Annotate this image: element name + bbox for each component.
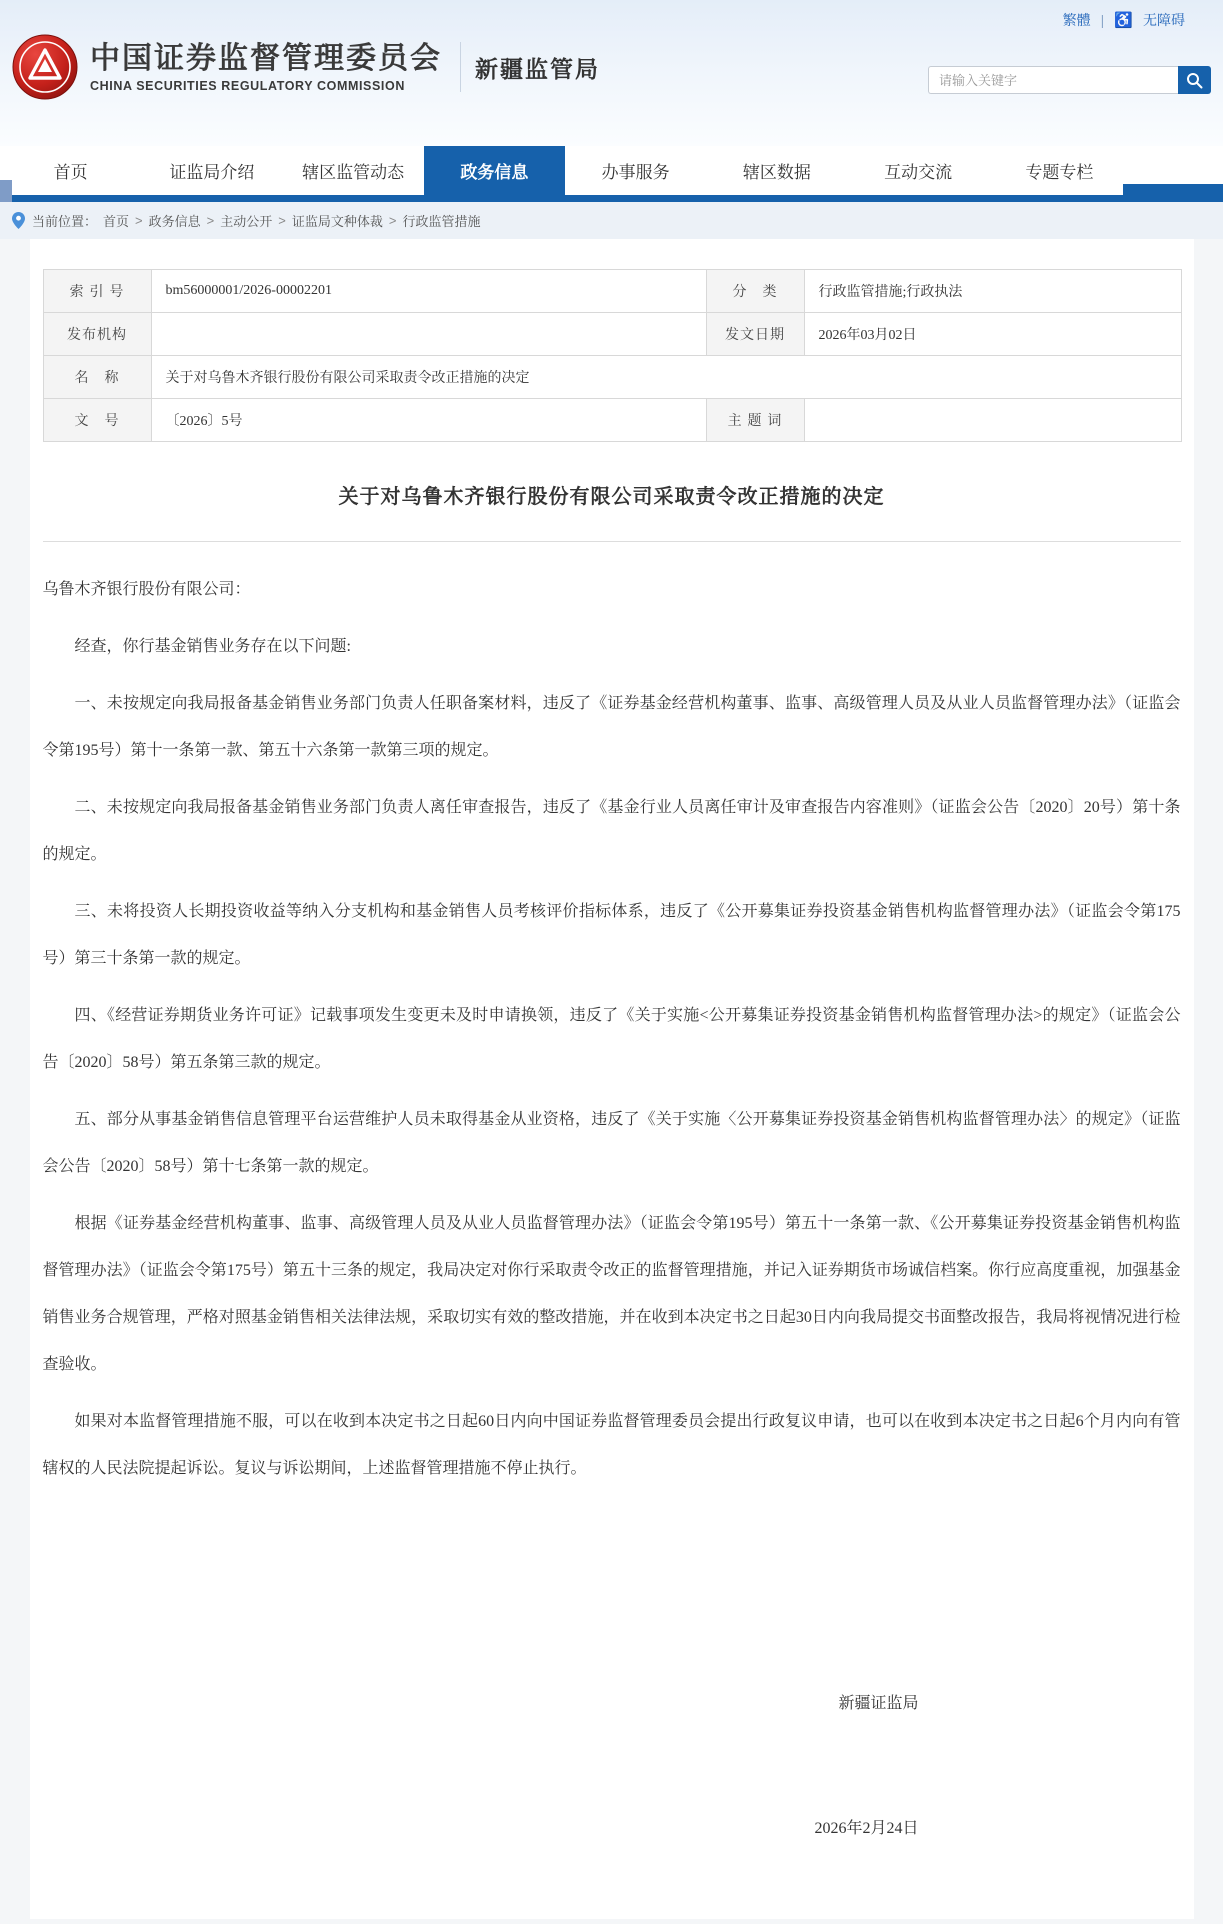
signature-bureau: 新疆证监局 [43, 1690, 919, 1713]
breadcrumb-separator: > [278, 213, 286, 228]
table-row: 发布机构 发文日期 2026年03月02日 [43, 313, 1181, 356]
meta-label-title: 名 称 [43, 356, 151, 399]
brand-divider [460, 42, 461, 92]
nav-item-bureau-intro[interactable]: 证监局介绍 [141, 146, 282, 195]
accessibility-link[interactable]: 无障碍 [1143, 10, 1185, 30]
nav-right-decoration [1123, 184, 1223, 202]
breadcrumb-prefix: 当前位置： [32, 211, 97, 230]
breadcrumb-separator: > [135, 213, 143, 228]
page-title: 关于对乌鲁木齐银行股份有限公司采取责令改正措施的决定 [43, 480, 1181, 509]
breadcrumb-gov-info[interactable]: 政务信息 [149, 211, 201, 230]
utility-bar: 繁體 | ♿ 无障碍 [1063, 10, 1185, 30]
nav-item-home[interactable]: 首页 [0, 146, 141, 195]
signature-block: 新疆证监局 2026年2月24日 [43, 1690, 1181, 1838]
salutation: 乌鲁木齐银行股份有限公司： [43, 566, 1181, 613]
meta-value-index-no: bm56000001/2026-00002201 [151, 270, 706, 313]
paragraph: 如果对本监督管理措施不服，可以在收到本决定书之日起60日内向中国证券监督管理委员… [43, 1398, 1181, 1492]
table-row: 索 引 号 bm56000001/2026-00002201 分 类 行政监管措… [43, 270, 1181, 313]
meta-value-category: 行政监管措施;行政执法 [804, 270, 1181, 313]
nav-underline-bar [0, 195, 1223, 202]
breadcrumb-separator: > [389, 213, 397, 228]
meta-label-issuing-body: 发布机构 [43, 313, 151, 356]
paragraph: 根据《证券基金经营机构董事、监事、高级管理人员及从业人员监督管理办法》（证监会令… [43, 1200, 1181, 1388]
location-pin-icon [12, 212, 25, 229]
signature-date: 2026年2月24日 [43, 1815, 919, 1838]
paragraph: 经查，你行基金销售业务存在以下问题: [43, 623, 1181, 670]
breadcrumb-doc-types[interactable]: 证监局文种体裁 [292, 211, 383, 230]
search-icon [1186, 72, 1203, 89]
document-meta-table: 索 引 号 bm56000001/2026-00002201 分 类 行政监管措… [43, 269, 1182, 442]
main-nav: 首页 证监局介绍 辖区监管动态 政务信息 办事服务 辖区数据 互动交流 专题专栏 [0, 146, 1223, 202]
org-name-en: CHINA SECURITIES REGULATORY COMMISSION [90, 79, 442, 93]
paragraph: 五、部分从事基金销售信息管理平台运营维护人员未取得基金从业资格，违反了《关于实施… [43, 1096, 1181, 1190]
table-row: 文 号 〔2026〕5号 主 题 词 [43, 399, 1181, 442]
search-input[interactable] [928, 66, 1178, 94]
breadcrumb-proactive-disclosure[interactable]: 主动公开 [220, 211, 272, 230]
paragraph: 四、《经营证券期货业务许可证》记载事项发生变更未及时申请换领，违反了《关于实施<… [43, 992, 1181, 1086]
meta-value-doc-number: 〔2026〕5号 [151, 399, 706, 442]
title-divider [43, 541, 1181, 542]
nav-item-special-topics[interactable]: 专题专栏 [989, 146, 1130, 195]
meta-label-doc-number: 文 号 [43, 399, 151, 442]
meta-value-keywords [804, 399, 1181, 442]
breadcrumb-home[interactable]: 首页 [103, 211, 129, 230]
search-box [928, 66, 1211, 94]
nav-item-regional-updates[interactable]: 辖区监管动态 [283, 146, 424, 195]
nav-item-services[interactable]: 办事服务 [565, 146, 706, 195]
nav-item-regional-data[interactable]: 辖区数据 [706, 146, 847, 195]
nav-item-gov-info[interactable]: 政务信息 [424, 146, 565, 195]
meta-label-index-no: 索 引 号 [43, 270, 151, 313]
table-row: 名 称 关于对乌鲁木齐银行股份有限公司采取责令改正措施的决定 [43, 356, 1181, 399]
meta-label-issue-date: 发文日期 [706, 313, 804, 356]
csrc-logo[interactable] [12, 34, 78, 100]
meta-value-title: 关于对乌鲁木齐银行股份有限公司采取责令改正措施的决定 [151, 356, 1181, 399]
search-button[interactable] [1178, 66, 1211, 94]
traditional-chinese-link[interactable]: 繁體 [1063, 10, 1091, 30]
content-panel: 索 引 号 bm56000001/2026-00002201 分 类 行政监管措… [30, 239, 1194, 1919]
org-titles: 中国证券监督管理委员会 CHINA SECURITIES REGULATORY … [90, 42, 442, 93]
nav-item-interaction[interactable]: 互动交流 [848, 146, 989, 195]
breadcrumb-admin-measures[interactable]: 行政监管措施 [402, 211, 480, 230]
org-name-cn: 中国证券监督管理委员会 [90, 42, 442, 76]
breadcrumb-separator: > [207, 213, 215, 228]
breadcrumb: 当前位置： 首页 > 政务信息 > 主动公开 > 证监局文种体裁 > 行政监管措… [0, 202, 1223, 239]
utility-separator: | [1101, 12, 1105, 28]
paragraph: 三、未将投资人长期投资收益等纳入分支机构和基金销售人员考核评价指标体系，违反了《… [43, 888, 1181, 982]
meta-label-keywords: 主 题 词 [706, 399, 804, 442]
document-body: 乌鲁木齐银行股份有限公司： 经查，你行基金销售业务存在以下问题: 一、未按规定向… [43, 566, 1181, 1492]
meta-label-category: 分 类 [706, 270, 804, 313]
meta-value-issue-date: 2026年03月02日 [804, 313, 1181, 356]
meta-value-issuing-body [151, 313, 706, 356]
brand-block: 中国证券监督管理委员会 CHINA SECURITIES REGULATORY … [12, 34, 600, 100]
accessibility-icon: ♿ [1114, 11, 1133, 29]
nav-left-decoration [0, 180, 12, 202]
paragraph: 二、未按规定向我局报备基金销售业务部门负责人离任审查报告，违反了《基金行业人员离… [43, 784, 1181, 878]
paragraph: 一、未按规定向我局报备基金销售业务部门负责人任职备案材料，违反了《证券基金经营机… [43, 680, 1181, 774]
bureau-name: 新疆监管局 [475, 51, 600, 84]
site-header: 繁體 | ♿ 无障碍 中国证券监督管理委员会 CHINA SECURITIES … [0, 0, 1223, 146]
